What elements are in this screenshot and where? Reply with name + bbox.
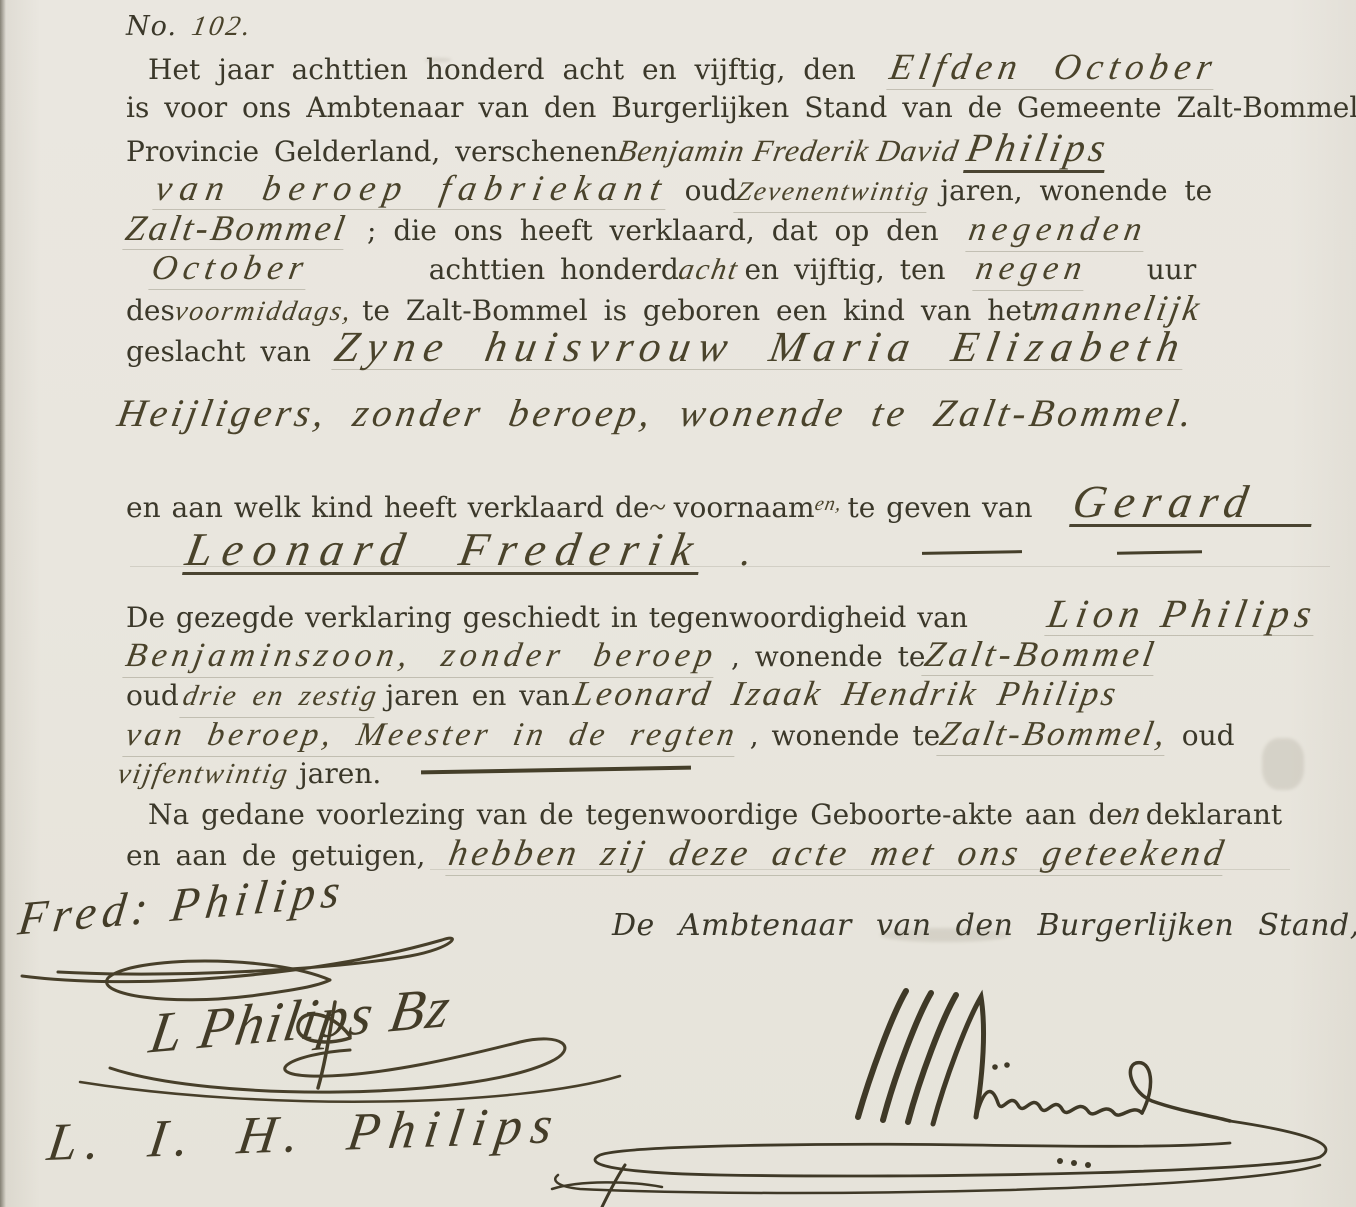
document-line-l8: geslacht vanZyne huisvrouw Maria Elizabe… bbox=[126, 328, 1326, 368]
officer-title: De Ambtenaar van den Burgerlijken Stand, bbox=[612, 908, 1356, 943]
handwritten-entry: Zyne huisvrouw Maria Elizabeth bbox=[331, 328, 1190, 370]
document-line-l12: De gezegde verklaring geschiedt in tegen… bbox=[126, 594, 1326, 634]
act-number-line: No. 102. bbox=[126, 8, 1326, 46]
handwritten-entry: vijfentwintig bbox=[114, 754, 292, 794]
handwritten-entry: van beroep, Meester in de regten bbox=[122, 715, 741, 757]
printed-text: te geven van bbox=[847, 491, 1032, 524]
document-line-l3: Provincie Gelderland, verschenenBenjamin… bbox=[126, 128, 1326, 168]
document-line-l13: Benjaminszoon, zonder beroep, wonende te… bbox=[126, 634, 1326, 674]
pen-stroke bbox=[922, 550, 1022, 555]
document-page: No. 102. Het jaar achttien honderd acht … bbox=[0, 0, 1356, 1207]
handwritten-entry: Benjaminszoon, zonder beroep bbox=[122, 636, 720, 678]
signature-declarant: Fred: Philips bbox=[15, 863, 349, 946]
signature-witness1: L Philips Bz bbox=[145, 974, 456, 1066]
handwritten-entry: Zalt-Bommel bbox=[922, 634, 1161, 676]
printed-text: Het jaar achttien honderd acht en vijfti… bbox=[148, 53, 856, 86]
handwritten-entry: Leonard Frederik bbox=[182, 530, 706, 575]
document-line-l6: Octoberachttien honderdachten vijftig, t… bbox=[126, 248, 1326, 288]
printed-text: en vijftig, ten bbox=[744, 253, 945, 286]
ink-bleed-mark bbox=[425, 58, 451, 62]
guide-line bbox=[130, 566, 1330, 567]
handwritten-entry: Leonard Izaak Hendrik Philips bbox=[570, 674, 1121, 714]
act-number-value: 102. bbox=[189, 8, 257, 46]
handwritten-entry: negenden bbox=[965, 210, 1151, 252]
pen-stroke bbox=[421, 766, 691, 775]
printed-text: voornaam bbox=[674, 491, 815, 524]
printed-text: jaren en van bbox=[385, 679, 569, 712]
document-line-l5: Zalt-Bommel; die ons heeft verklaard, da… bbox=[126, 208, 1326, 248]
document-line-l17: Na gedane voorlezing van de tegenwoordig… bbox=[126, 794, 1326, 834]
printed-text: ; die ons heeft verklaard, dat op den bbox=[367, 214, 939, 247]
printed-text: des bbox=[126, 294, 175, 327]
handwritten-entry: negen bbox=[972, 249, 1091, 291]
handwritten-entry: October bbox=[148, 248, 312, 290]
printed-text: jaren, wonende te bbox=[940, 174, 1212, 207]
act-number-label: No. bbox=[126, 11, 177, 42]
handwritten-entry: Zalt-Bommel bbox=[122, 208, 350, 250]
handwritten-entry: Gerard bbox=[1069, 482, 1319, 527]
handwritten-entry: acht bbox=[675, 250, 742, 290]
printed-text: , wonende te bbox=[750, 719, 940, 752]
printed-text: achttien honderd bbox=[429, 253, 679, 286]
handwritten-entry: Zalt-Bommel, bbox=[937, 714, 1172, 756]
printed-text: is voor ons Ambtenaar van den Burgerlijk… bbox=[126, 91, 1356, 124]
printed-text: deklarant bbox=[1146, 798, 1282, 831]
ink-bleed-mark bbox=[1262, 738, 1304, 790]
printed-text: oud bbox=[685, 174, 738, 207]
handwritten-entry: Zevenentwintig bbox=[734, 171, 934, 213]
document-line-l15: van beroep, Meester in de regten, wonend… bbox=[126, 714, 1326, 754]
handwritten-entry: drie en zestig bbox=[179, 676, 381, 718]
document-line-l11: Leonard Frederik. bbox=[126, 530, 1326, 570]
printed-text: en aan welk kind heeft verklaard de bbox=[126, 491, 649, 524]
document-line-l7: desvoormiddags,te Zalt-Bommel is geboren… bbox=[126, 288, 1326, 328]
handwritten-entry: voormiddags, bbox=[171, 292, 355, 332]
printed-text: Provincie Gelderland, verschenen bbox=[126, 135, 618, 168]
handwritten-entry: van beroep fabriekant bbox=[152, 168, 672, 210]
handwritten-entry: Heijligers, zonder beroep, wonende te Za… bbox=[114, 394, 1198, 434]
document-line-l16: vijfentwintigjaren. bbox=[126, 754, 1326, 794]
pen-stroke bbox=[1117, 550, 1202, 554]
handwritten-entry: Lion Philips bbox=[1044, 594, 1320, 636]
handwritten-entry: en, bbox=[811, 484, 845, 524]
document-line-l2: is voor ons Ambtenaar van den Burgerlijk… bbox=[126, 88, 1326, 128]
guide-line bbox=[430, 869, 1290, 870]
document-line-l9: Heijligers, zonder beroep, wonende te Za… bbox=[126, 394, 1326, 434]
printed-text: oud bbox=[126, 679, 179, 712]
printed-text: geslacht van bbox=[126, 335, 311, 368]
printed-text: uur bbox=[1147, 253, 1196, 286]
printed-text: oud bbox=[1182, 719, 1235, 752]
handwritten-entry: Elfden October bbox=[886, 48, 1220, 90]
printed-text: Na gedane voorlezing van de tegenwoordig… bbox=[148, 798, 1123, 831]
printed-text: jaren. bbox=[299, 757, 381, 790]
printed-text: en aan de getuigen, bbox=[126, 839, 425, 872]
printed-text: te Zalt-Bommel is geboren een kind van h… bbox=[362, 294, 1033, 327]
scan-edge-shadow bbox=[0, 0, 6, 1207]
printed-text: De gezegde verklaring geschiedt in tegen… bbox=[126, 601, 968, 634]
printed-text: , wonende te bbox=[731, 640, 925, 673]
handwritten-entry: Benjamin Frederik David bbox=[615, 131, 962, 171]
handwritten-entry: mannelijk bbox=[1030, 288, 1206, 328]
document-line-l14: ouddrie en zestigjaren en vanLeonard Iza… bbox=[126, 674, 1326, 714]
document-line-l10: en aan welk kind heeft verklaard de~voor… bbox=[126, 482, 1326, 522]
document-line-l1: Het jaar achttien honderd acht en vijfti… bbox=[126, 48, 1326, 88]
signature-witness2: L. I. H. Philips bbox=[44, 1095, 565, 1173]
document-body-wrap: No. 102. Het jaar achttien honderd acht … bbox=[126, 8, 1326, 874]
officer-signature bbox=[540, 975, 1356, 1207]
document-line-l4: van beroep fabriekantoudZevenentwintigja… bbox=[126, 168, 1326, 208]
handwritten-entry: Philips bbox=[963, 128, 1112, 173]
document-body: Het jaar achttien honderd acht en vijfti… bbox=[126, 48, 1326, 874]
